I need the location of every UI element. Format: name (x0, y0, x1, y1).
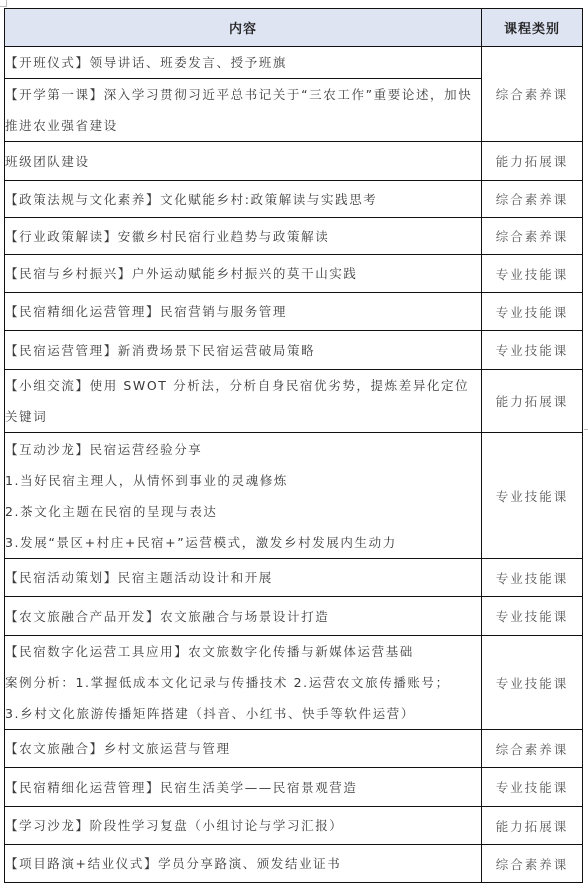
row-category: 专业技能课 (482, 636, 583, 730)
table-row: 【小组交流】使用 SWOT 分析法，分析自身民宿优劣势，提炼差异化定位关键词 能… (5, 370, 583, 433)
page-edge-mark (584, 429, 588, 430)
table-row: 【政策法规与文化素养】文化赋能乡村:政策解读与实践思考 综合素养课 (5, 181, 583, 218)
row-content: 【农文旅融合】乡村文旅运营与管理 (5, 730, 482, 768)
row-content: 【小组交流】使用 SWOT 分析法，分析自身民宿优劣势，提炼差异化定位关键词 (5, 370, 482, 433)
row-content: 【互动沙龙】民宿运营经验分享 1.当好民宿主理人，从情怀到事业的灵魂修炼 2.茶… (5, 433, 482, 559)
row-category: 专业技能课 (482, 331, 583, 370)
page-corner-mark (0, 0, 7, 7)
row-category: 专业技能课 (482, 433, 583, 559)
header-content: 内容 (5, 9, 482, 47)
row-content: 【政策法规与文化素养】文化赋能乡村:政策解读与实践思考 (5, 181, 482, 218)
row-category: 专业技能课 (482, 768, 583, 807)
header-category: 课程类别 (482, 9, 583, 47)
table-row: 【行业政策解读】安徽乡村民宿行业趋势与政策解读 综合素养课 (5, 218, 583, 255)
row-category: 能力拓展课 (482, 370, 583, 433)
row-category: 综合素养课 (482, 218, 583, 255)
table-row: 【民宿活动策划】民宿主题活动设计和开展 专业技能课 (5, 559, 583, 597)
row-content: 班级团队建设 (5, 142, 482, 181)
row-content: 【开学第一课】深入学习贯彻习近平总书记关于“三农工作”重要论述，加快推进农业强省… (5, 79, 482, 142)
row-category: 专业技能课 (482, 597, 583, 636)
table-row: 【开班仪式】领导讲话、班委发言、授予班旗 综合素养课 (5, 47, 583, 79)
table-header-row: 内容 课程类别 (5, 9, 583, 47)
row-content: 【民宿活动策划】民宿主题活动设计和开展 (5, 559, 482, 597)
course-schedule-table: 内容 课程类别 【开班仪式】领导讲话、班委发言、授予班旗 综合素养课 【开学第一… (4, 8, 583, 883)
table-row: 班级团队建设 能力拓展课 (5, 142, 583, 181)
table-row: 【民宿精细化运营管理】民宿营销与服务管理 专业技能课 (5, 293, 583, 331)
row-category: 专业技能课 (482, 293, 583, 331)
row-category: 专业技能课 (482, 255, 583, 293)
row-content: 【学习沙龙】阶段性学习复盘（小组讨论与学习汇报） (5, 807, 482, 845)
row-category: 综合素养课 (482, 47, 583, 142)
row-content: 【开班仪式】领导讲话、班委发言、授予班旗 (5, 47, 482, 79)
row-content: 【民宿精细化运营管理】民宿营销与服务管理 (5, 293, 482, 331)
row-category: 能力拓展课 (482, 807, 583, 845)
table-row: 【民宿运营管理】新消费场景下民宿运营破局策略 专业技能课 (5, 331, 583, 370)
row-content: 【民宿精细化运营管理】民宿生活美学——民宿景观营造 (5, 768, 482, 807)
row-content: 【行业政策解读】安徽乡村民宿行业趋势与政策解读 (5, 218, 482, 255)
row-category: 综合素养课 (482, 181, 583, 218)
row-category: 综合素养课 (482, 845, 583, 883)
row-content: 【民宿与乡村振兴】户外运动赋能乡村振兴的莫干山实践 (5, 255, 482, 293)
row-content: 【农文旅融合产品开发】农文旅融合与场景设计打造 (5, 597, 482, 636)
table-row: 【学习沙龙】阶段性学习复盘（小组讨论与学习汇报） 能力拓展课 (5, 807, 583, 845)
row-category: 综合素养课 (482, 730, 583, 768)
row-category: 能力拓展课 (482, 142, 583, 181)
table-row: 【互动沙龙】民宿运营经验分享 1.当好民宿主理人，从情怀到事业的灵魂修炼 2.茶… (5, 433, 583, 559)
row-category: 专业技能课 (482, 559, 583, 597)
table-row: 【民宿与乡村振兴】户外运动赋能乡村振兴的莫干山实践 专业技能课 (5, 255, 583, 293)
table-row: 【项目路演+结业仪式】学员分享路演、颁发结业证书 综合素养课 (5, 845, 583, 883)
row-content: 【民宿数字化运营工具应用】农文旅数字化传播与新媒体运营基础 案例分析：1.掌握低… (5, 636, 482, 730)
row-content: 【项目路演+结业仪式】学员分享路演、颁发结业证书 (5, 845, 482, 883)
table-row: 【民宿精细化运营管理】民宿生活美学——民宿景观营造 专业技能课 (5, 768, 583, 807)
table-row: 【农文旅融合】乡村文旅运营与管理 综合素养课 (5, 730, 583, 768)
row-content: 【民宿运营管理】新消费场景下民宿运营破局策略 (5, 331, 482, 370)
table-row: 【农文旅融合产品开发】农文旅融合与场景设计打造 专业技能课 (5, 597, 583, 636)
table-row: 【民宿数字化运营工具应用】农文旅数字化传播与新媒体运营基础 案例分析：1.掌握低… (5, 636, 583, 730)
